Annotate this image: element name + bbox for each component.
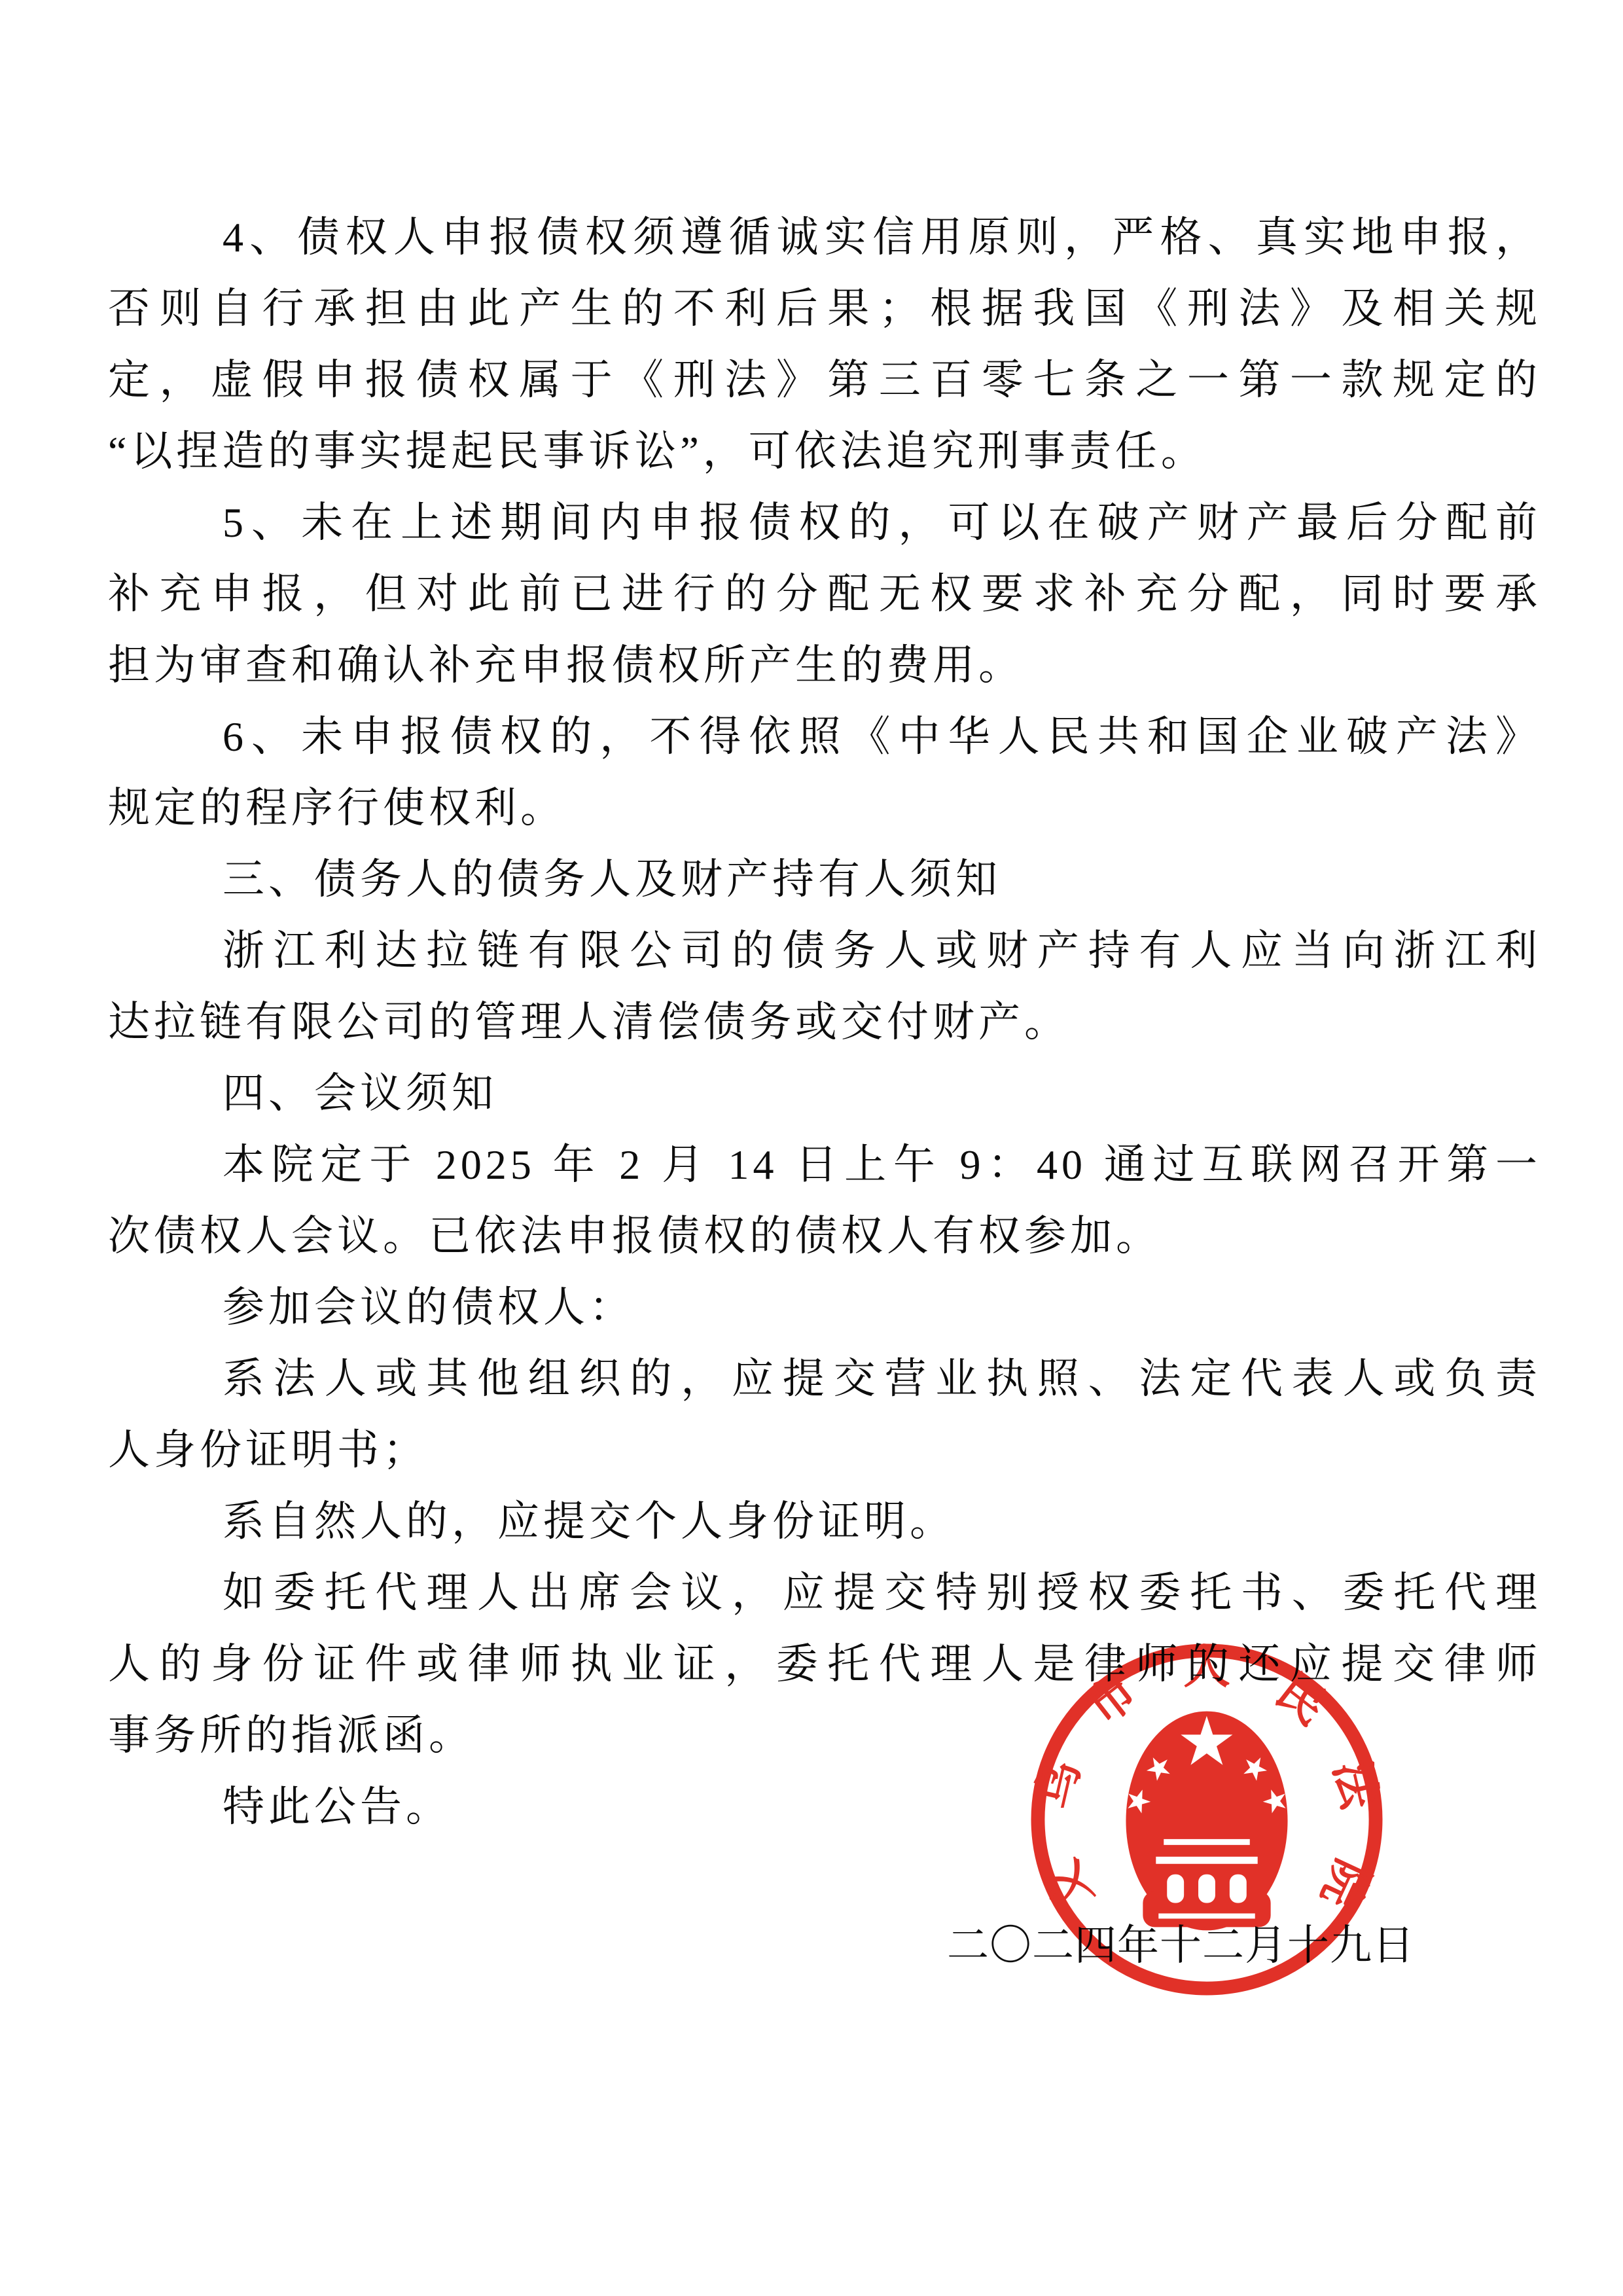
text-line: 补充申报，但对此前已进行的分配无权要求补充分配，同时要承 [108,558,1541,630]
seal-char: 乌 [1031,1756,1089,1814]
text-line: 定，虚假申报债权属于《刑法》第三百零七条之一第一款规定的 [108,344,1541,416]
text-line: 规定的程序行使权利。 [108,772,1541,844]
announcement-page: 4、债权人申报债权须遵循诚实信用原则，严格、真实地申报，否则自行承担由此产生的不… [0,0,1623,2296]
text-line: 系自然人的，应提交个人身份证明。 [108,1486,1541,1557]
text-line: 5、未在上述期间内申报债权的，可以在破产财产最后分配前 [108,487,1541,558]
text-line: 本院定于 2025 年 2 月 14 日上午 9：40 通过互联网召开第一 [108,1129,1541,1200]
text-line: 三、债务人的债务人及财产持有人须知 [108,844,1541,915]
national-emblem-icon: ★ ★ ★ ★ ★ [1119,1708,1294,1930]
emblem-big-star-icon: ★ [1180,1708,1234,1775]
text-line: 担为审查和确认补充申报债权所产生的费用。 [108,630,1541,701]
text-line: 4、债权人申报债权须遵循诚实信用原则，严格、真实地申报， [108,202,1541,273]
text-line: 参加会议的债权人： [108,1272,1541,1343]
text-line: 6、未申报债权的，不得依照《中华人民共和国企业破产法》 [108,701,1541,772]
seal-char: 民 [1266,1664,1336,1734]
announcement-body: 4、债权人申报债权须遵循诚实信用原则，严格、真实地申报，否则自行承担由此产生的不… [108,202,1541,1842]
text-line: “以捏造的事实提起民事诉讼”，可依法追究刑事责任。 [108,416,1541,487]
court-seal: ★ ★ ★ ★ ★ 义 乌 市 人 民 法 院 [1031,1643,1383,1996]
text-line: 系法人或其他组织的，应提交营业执照、法定代表人或负责 [108,1343,1541,1414]
text-line: 浙江利达拉链有限公司的债务人或财产持有人应当向浙江利 [108,915,1541,986]
seal-char: 人 [1183,1643,1230,1693]
text-line: 人身份证明书； [108,1414,1541,1486]
text-line: 次债权人会议。已依法申报债权的债权人有权参加。 [108,1200,1541,1272]
text-line: 否则自行承担由此产生的不利后果；根据我国《刑法》及相关规 [108,273,1541,344]
seal-char: 市 [1078,1664,1147,1734]
text-line: 如委托代理人出席会议，应提交特别授权委托书、委托代理 [108,1557,1541,1628]
text-line: 达拉链有限公司的管理人清偿债务或交付财产。 [108,986,1541,1058]
text-line: 四、会议须知 [108,1058,1541,1129]
